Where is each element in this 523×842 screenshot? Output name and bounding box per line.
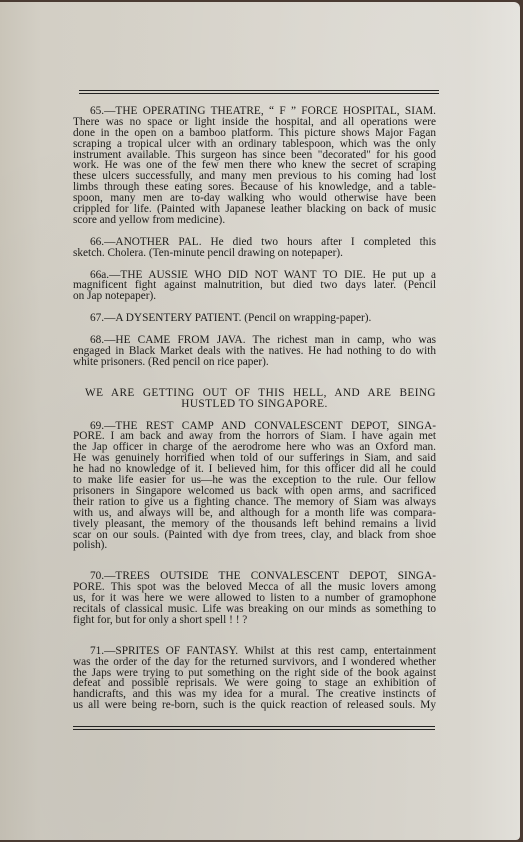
text-line: us all were being re-born, such is the q… [73,700,436,711]
entry-title-line: 71.—SPRITES OF FANTASY. Whilst at this r… [73,646,436,657]
paragraph-gap [73,410,436,421]
paragraph-gap [73,551,436,562]
top-double-rule [79,90,439,95]
bottom-double-rule [73,726,435,731]
text-line: fight for, but for only a short spell ! … [73,615,436,626]
text-line: tively pleasant, the memory of the thous… [73,519,436,530]
text-line: on Jap notepaper). [73,291,436,302]
page-text: 65.—THE OPERATING THEATRE, “ F ” FORCE H… [73,106,436,711]
paragraph-gap [73,259,436,270]
entry-66a: 66a.—THE AUSSIE WHO DID NOT WANT TO DIE.… [73,270,436,303]
text-line: white prisoners. (Red pencil on rice pap… [73,357,436,368]
entry-67: 67.—A DYSENTERY PATIENT. (Pencil on wrap… [73,313,436,324]
book-page: 65.—THE OPERATING THEATRE, “ F ” FORCE H… [0,2,520,840]
paragraph-gap [73,626,436,637]
entry-71: 71.—SPRITES OF FANTASY. Whilst at this r… [73,646,436,711]
text-line: scraping a tropical ulcer with an ordina… [73,139,436,150]
text-line: was the order of the day for the returne… [73,657,436,668]
text-line: sketch. Cholera. (Ten-minute pencil draw… [73,248,436,259]
text-line: scar on our souls. (Painted with dye fro… [73,530,436,541]
entry-68: 68.—HE CAME FROM JAVA. The richest man i… [73,335,436,368]
entry-70: 70.—TREES OUTSIDE THE CONVALESCENT DEPOT… [73,571,436,625]
text-line: polish). [73,540,436,551]
text-line: with us, and always will be, and althoug… [73,508,436,519]
entry-66: 66.—ANOTHER PAL. He died two hours after… [73,237,436,259]
paragraph-gap [73,368,436,379]
entry-65: 65.—THE OPERATING THEATRE, “ F ” FORCE H… [73,106,436,226]
entry-69: 69.—THE REST CAMP AND CONVALESCENT DEPOT… [73,421,436,552]
entry-title-line: 67.—A DYSENTERY PATIENT. (Pencil on wrap… [73,313,436,324]
section-heading: WE ARE GETTING OUT OF THIS HELL, AND ARE… [73,388,436,410]
text-line: score and yellow from medicine). [73,215,436,226]
section-heading-line-2: HUSTLED TO SINGAPORE. [73,399,436,410]
